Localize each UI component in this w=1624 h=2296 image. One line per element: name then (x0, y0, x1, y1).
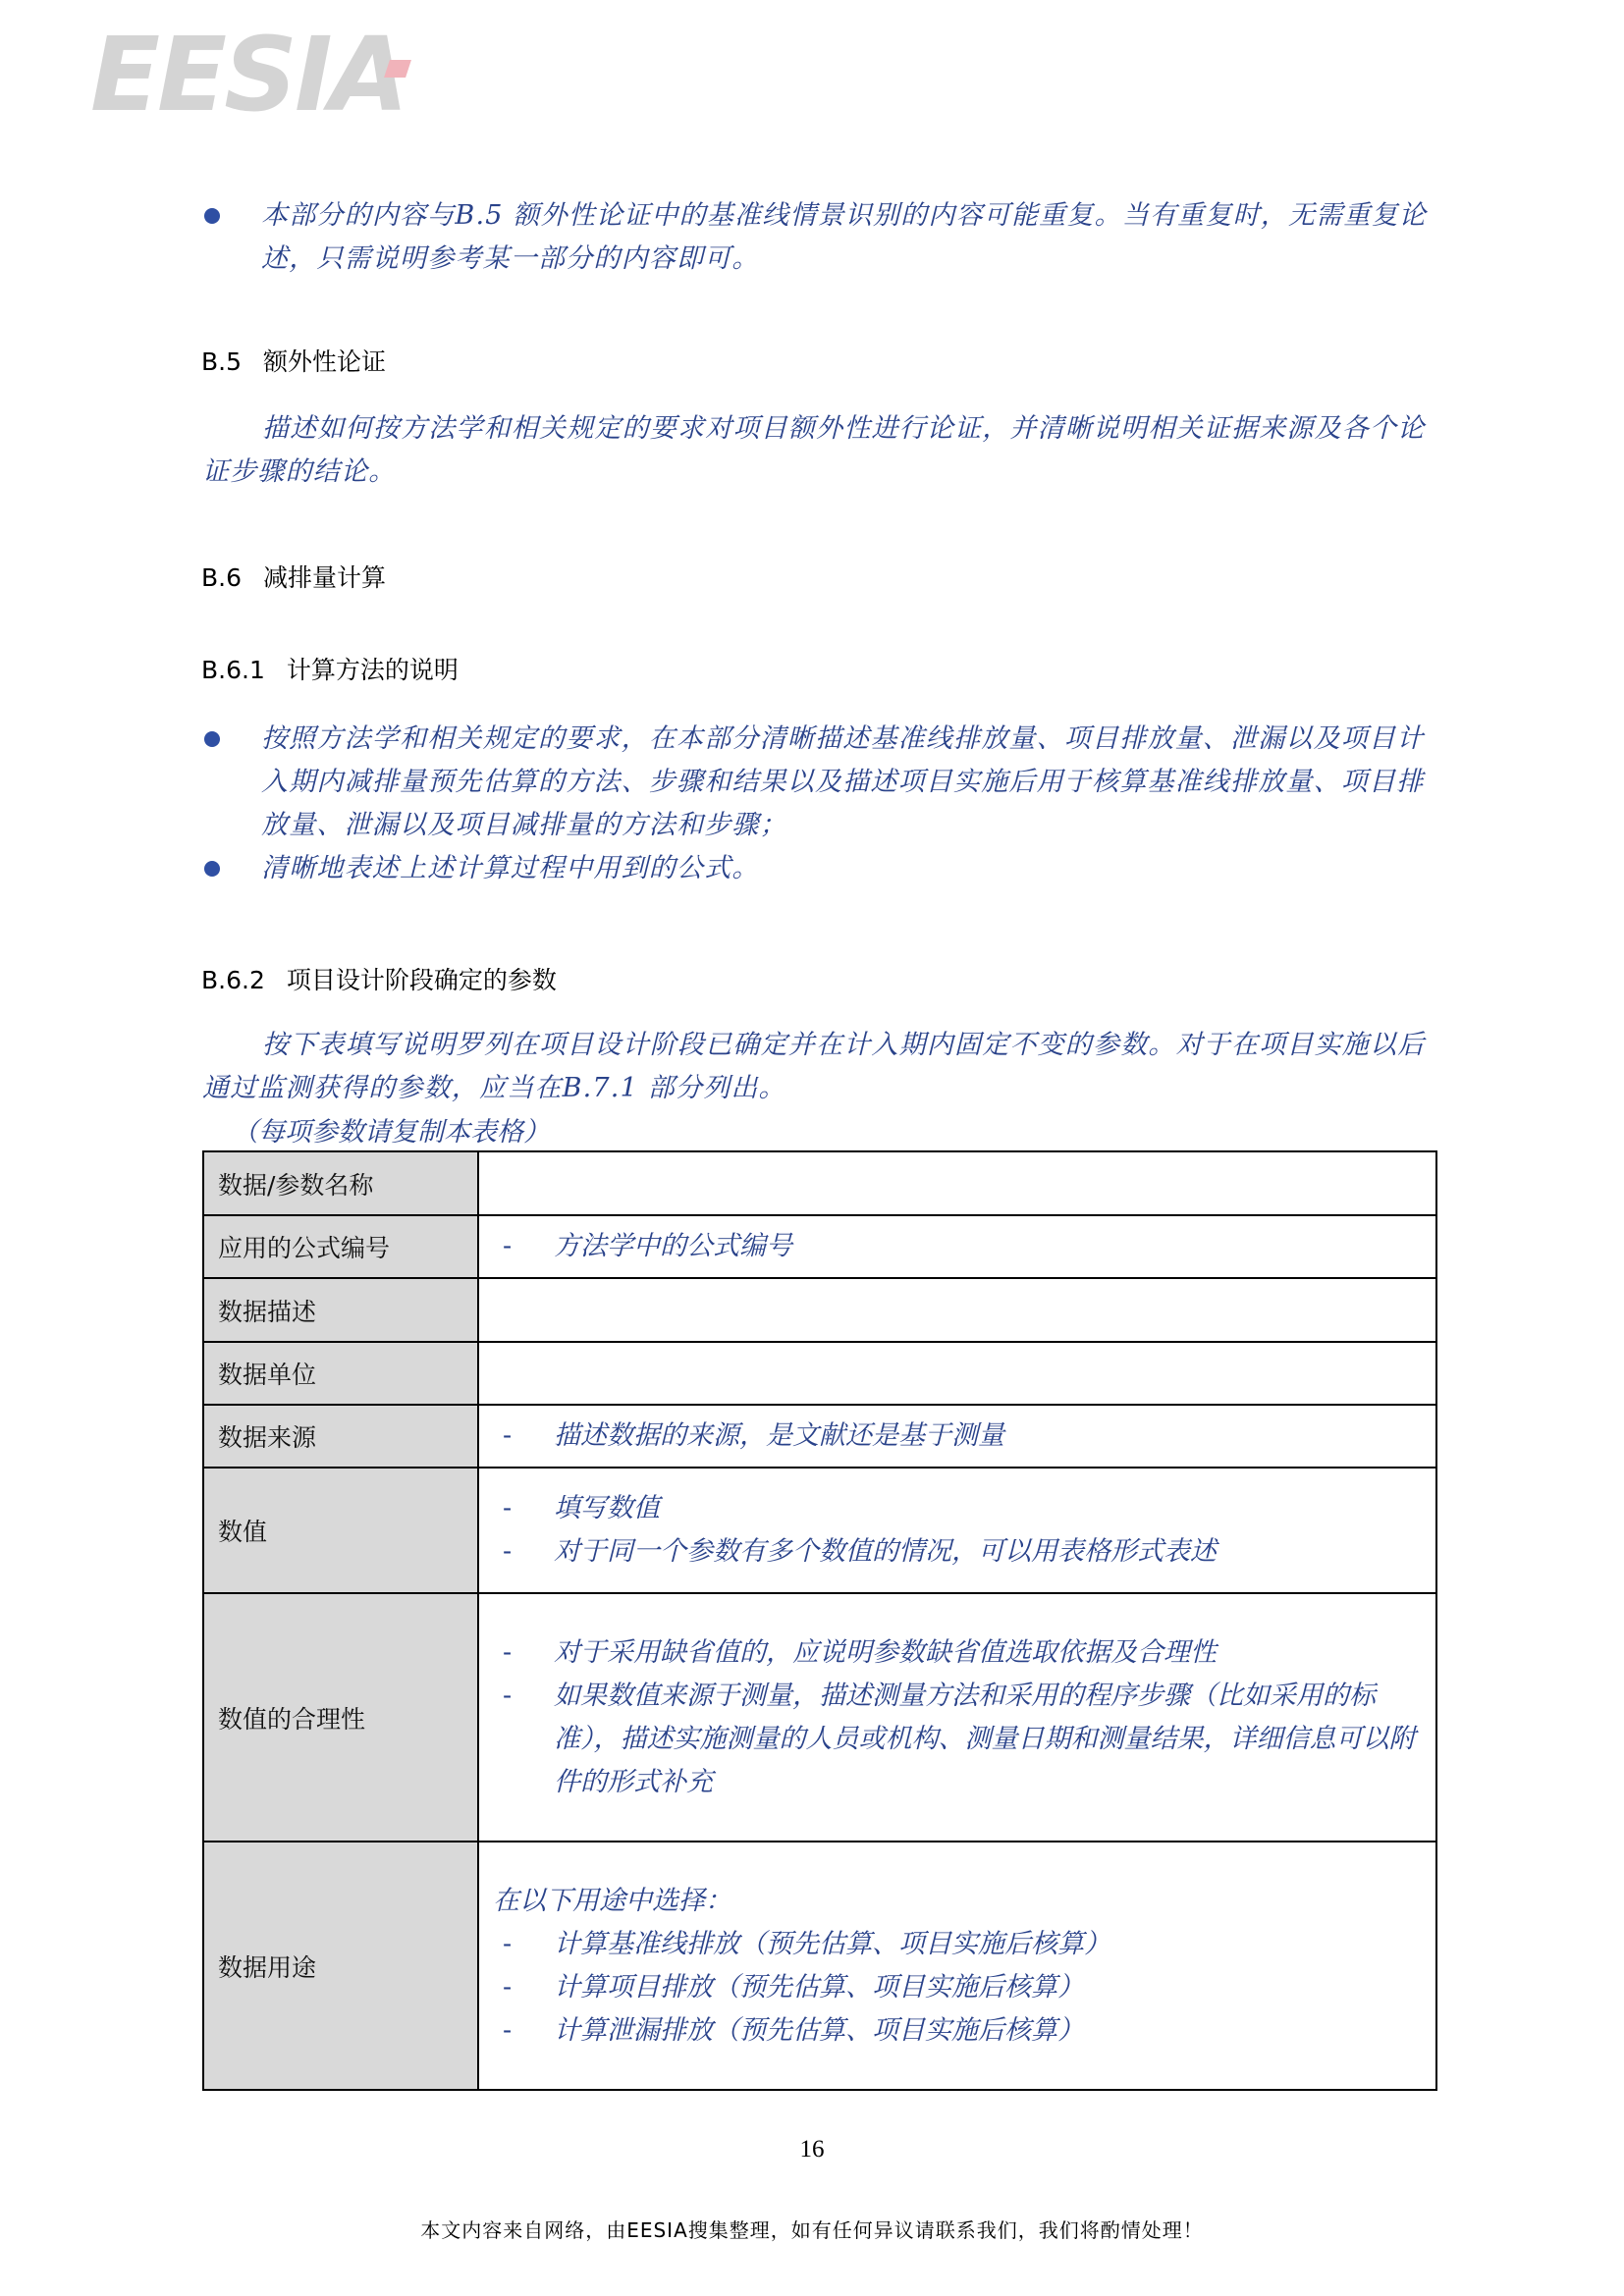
bullet-text: 本部分的内容与B.5 额外性论证中的基准线情景识别的内容可能重复。当有重复时，无… (261, 200, 1427, 274)
row-value[interactable]: 在以下用途中选择： -计算基准线排放（预先估算、项目实施后核算） -计算项目排放… (478, 1842, 1436, 2090)
dash-icon: - (503, 1487, 512, 1530)
section-title: 项目设计阶段确定的参数 (287, 966, 557, 994)
section-number: B.6.2 (201, 966, 265, 995)
row-label: 数值的合理性 (203, 1593, 478, 1842)
section-title: 减排量计算 (263, 563, 386, 592)
table-caption: （每项参数请复制本表格） (232, 1111, 550, 1154)
dash-icon: - (503, 1415, 512, 1458)
row-label: 数值 (203, 1468, 478, 1593)
bullet-text: 清晰地表述上述计算过程中用到的公式。 (261, 853, 760, 883)
table-row-formula-number: 应用的公式编号 -方法学中的公式编号 (203, 1215, 1436, 1278)
dash-item: -对于采用缺省值的，应说明参数缺省值选取依据及合理性 (499, 1631, 1426, 1675)
row-value[interactable]: -方法学中的公式编号 (478, 1215, 1436, 1278)
b62-paragraph: 按下表填写说明罗列在项目设计阶段已确定并在计入期内固定不变的参数。对于在项目实施… (202, 1024, 1449, 1110)
table-row-data-unit: 数据单位 (203, 1342, 1436, 1405)
section-number: B.5 (201, 347, 242, 377)
purpose-intro: 在以下用途中选择： (493, 1880, 1426, 1923)
row-label: 应用的公式编号 (203, 1215, 478, 1278)
section-heading-b5: B.5额外性论证 (201, 347, 386, 377)
dash-icon: - (503, 2009, 512, 2053)
table-row-data-description: 数据描述 (203, 1278, 1436, 1342)
section-number: B.6.1 (201, 656, 265, 685)
bullet-item: 本部分的内容与B.5 额外性论证中的基准线情景识别的内容可能重复。当有重复时，无… (202, 194, 1449, 281)
row-value-empty[interactable] (478, 1151, 1436, 1215)
bullet-item: 按照方法学和相关规定的要求，在本部分清晰描述基准线排放量、项目排放量、泄漏以及项… (202, 718, 1449, 847)
section-heading-b62: B.6.2项目设计阶段确定的参数 (201, 966, 557, 995)
b61-bullet-list: 按照方法学和相关规定的要求，在本部分清晰描述基准线排放量、项目排放量、泄漏以及项… (202, 718, 1449, 890)
section-heading-b6: B.6减排量计算 (201, 563, 386, 593)
logo-text: EESIA (90, 27, 406, 122)
row-value[interactable]: -对于采用缺省值的，应说明参数缺省值选取依据及合理性 -如果数值来源于测量，描述… (478, 1593, 1436, 1842)
dash-item: -如果数值来源于测量，描述测量方法和采用的程序步骤（比如采用的标准），描述实施测… (499, 1675, 1426, 1804)
row-value-empty[interactable] (478, 1278, 1436, 1342)
row-label: 数据描述 (203, 1278, 478, 1342)
dash-icon: - (503, 1631, 512, 1675)
dash-icon: - (503, 1966, 512, 2009)
dash-icon: - (503, 1923, 512, 1966)
bullet-icon (204, 208, 220, 224)
row-value-empty[interactable] (478, 1342, 1436, 1405)
dash-item-text: 描述数据的来源，是文献还是基于测量 (554, 1420, 1004, 1451)
footer-notice: 本文内容来自网络，由EESIA搜集整理，如有任何异议请联系我们，我们将酌情处理！ (0, 2215, 1624, 2243)
row-value[interactable]: -填写数值 -对于同一个参数有多个数值的情况，可以用表格形式表述 (478, 1468, 1436, 1593)
dash-item: -计算泄漏排放（预先估算、项目实施后核算） (499, 2009, 1426, 2053)
intro-bullet-list: 本部分的内容与B.5 额外性论证中的基准线情景识别的内容可能重复。当有重复时，无… (202, 194, 1449, 281)
dash-item: -计算项目排放（预先估算、项目实施后核算） (499, 1966, 1426, 2009)
dash-item-text: 计算项目排放（预先估算、项目实施后核算） (554, 1972, 1084, 2002)
page-number: 16 (0, 2136, 1624, 2163)
dash-item-text: 对于同一个参数有多个数值的情况，可以用表格形式表述 (554, 1536, 1217, 1567)
table-row-value-justification: 数值的合理性 -对于采用缺省值的，应说明参数缺省值选取依据及合理性 -如果数值来… (203, 1593, 1436, 1842)
bullet-item: 清晰地表述上述计算过程中用到的公式。 (202, 847, 1449, 890)
section-title: 计算方法的说明 (287, 656, 459, 684)
table-row-data-purpose: 数据用途 在以下用途中选择： -计算基准线排放（预先估算、项目实施后核算） -计… (203, 1842, 1436, 2090)
dash-item-text: 计算基准线排放（预先估算、项目实施后核算） (554, 1929, 1110, 1959)
dash-item-text: 计算泄漏排放（预先估算、项目实施后核算） (554, 2015, 1084, 2046)
dash-item: -对于同一个参数有多个数值的情况，可以用表格形式表述 (499, 1530, 1426, 1574)
bullet-text: 按照方法学和相关规定的要求，在本部分清晰描述基准线排放量、项目排放量、泄漏以及项… (261, 723, 1424, 840)
dash-item: -计算基准线排放（预先估算、项目实施后核算） (499, 1923, 1426, 1966)
row-value[interactable]: -描述数据的来源，是文献还是基于测量 (478, 1405, 1436, 1468)
section-number: B.6 (201, 563, 242, 593)
row-label: 数据单位 (203, 1342, 478, 1405)
dash-icon: - (503, 1675, 512, 1718)
table-row-data-source: 数据来源 -描述数据的来源，是文献还是基于测量 (203, 1405, 1436, 1468)
row-label: 数据用途 (203, 1842, 478, 2090)
parameter-table: 数据/参数名称 应用的公式编号 -方法学中的公式编号 数据描述 数据单位 数据来… (202, 1150, 1437, 2091)
dash-icon: - (503, 1530, 512, 1574)
dash-item-text: 填写数值 (554, 1493, 660, 1523)
dash-item-text: 如果数值来源于测量，描述测量方法和采用的程序步骤（比如采用的标准），描述实施测量… (554, 1681, 1416, 1797)
b5-paragraph: 描述如何按方法学和相关规定的要求对项目额外性进行论证，并清晰说明相关证据来源及各… (202, 407, 1449, 494)
row-label: 数据/参数名称 (203, 1151, 478, 1215)
bullet-icon (204, 731, 220, 747)
table-row-value: 数值 -填写数值 -对于同一个参数有多个数值的情况，可以用表格形式表述 (203, 1468, 1436, 1593)
row-label: 数据来源 (203, 1405, 478, 1468)
dash-item: -填写数值 (499, 1487, 1426, 1530)
dash-icon: - (503, 1225, 512, 1268)
dash-item: -方法学中的公式编号 (499, 1225, 1426, 1268)
section-heading-b61: B.6.1计算方法的说明 (201, 656, 459, 685)
eesia-logo: EESIA (90, 27, 405, 122)
bullet-icon (204, 861, 220, 877)
section-title: 额外性论证 (263, 347, 386, 376)
dash-item-text: 对于采用缺省值的，应说明参数缺省值选取依据及合理性 (554, 1637, 1217, 1668)
dash-item: -描述数据的来源，是文献还是基于测量 (499, 1415, 1426, 1458)
dash-item-text: 方法学中的公式编号 (554, 1231, 792, 1261)
logo-accent-mark (384, 60, 411, 78)
table-row-parameter-name: 数据/参数名称 (203, 1151, 1436, 1215)
